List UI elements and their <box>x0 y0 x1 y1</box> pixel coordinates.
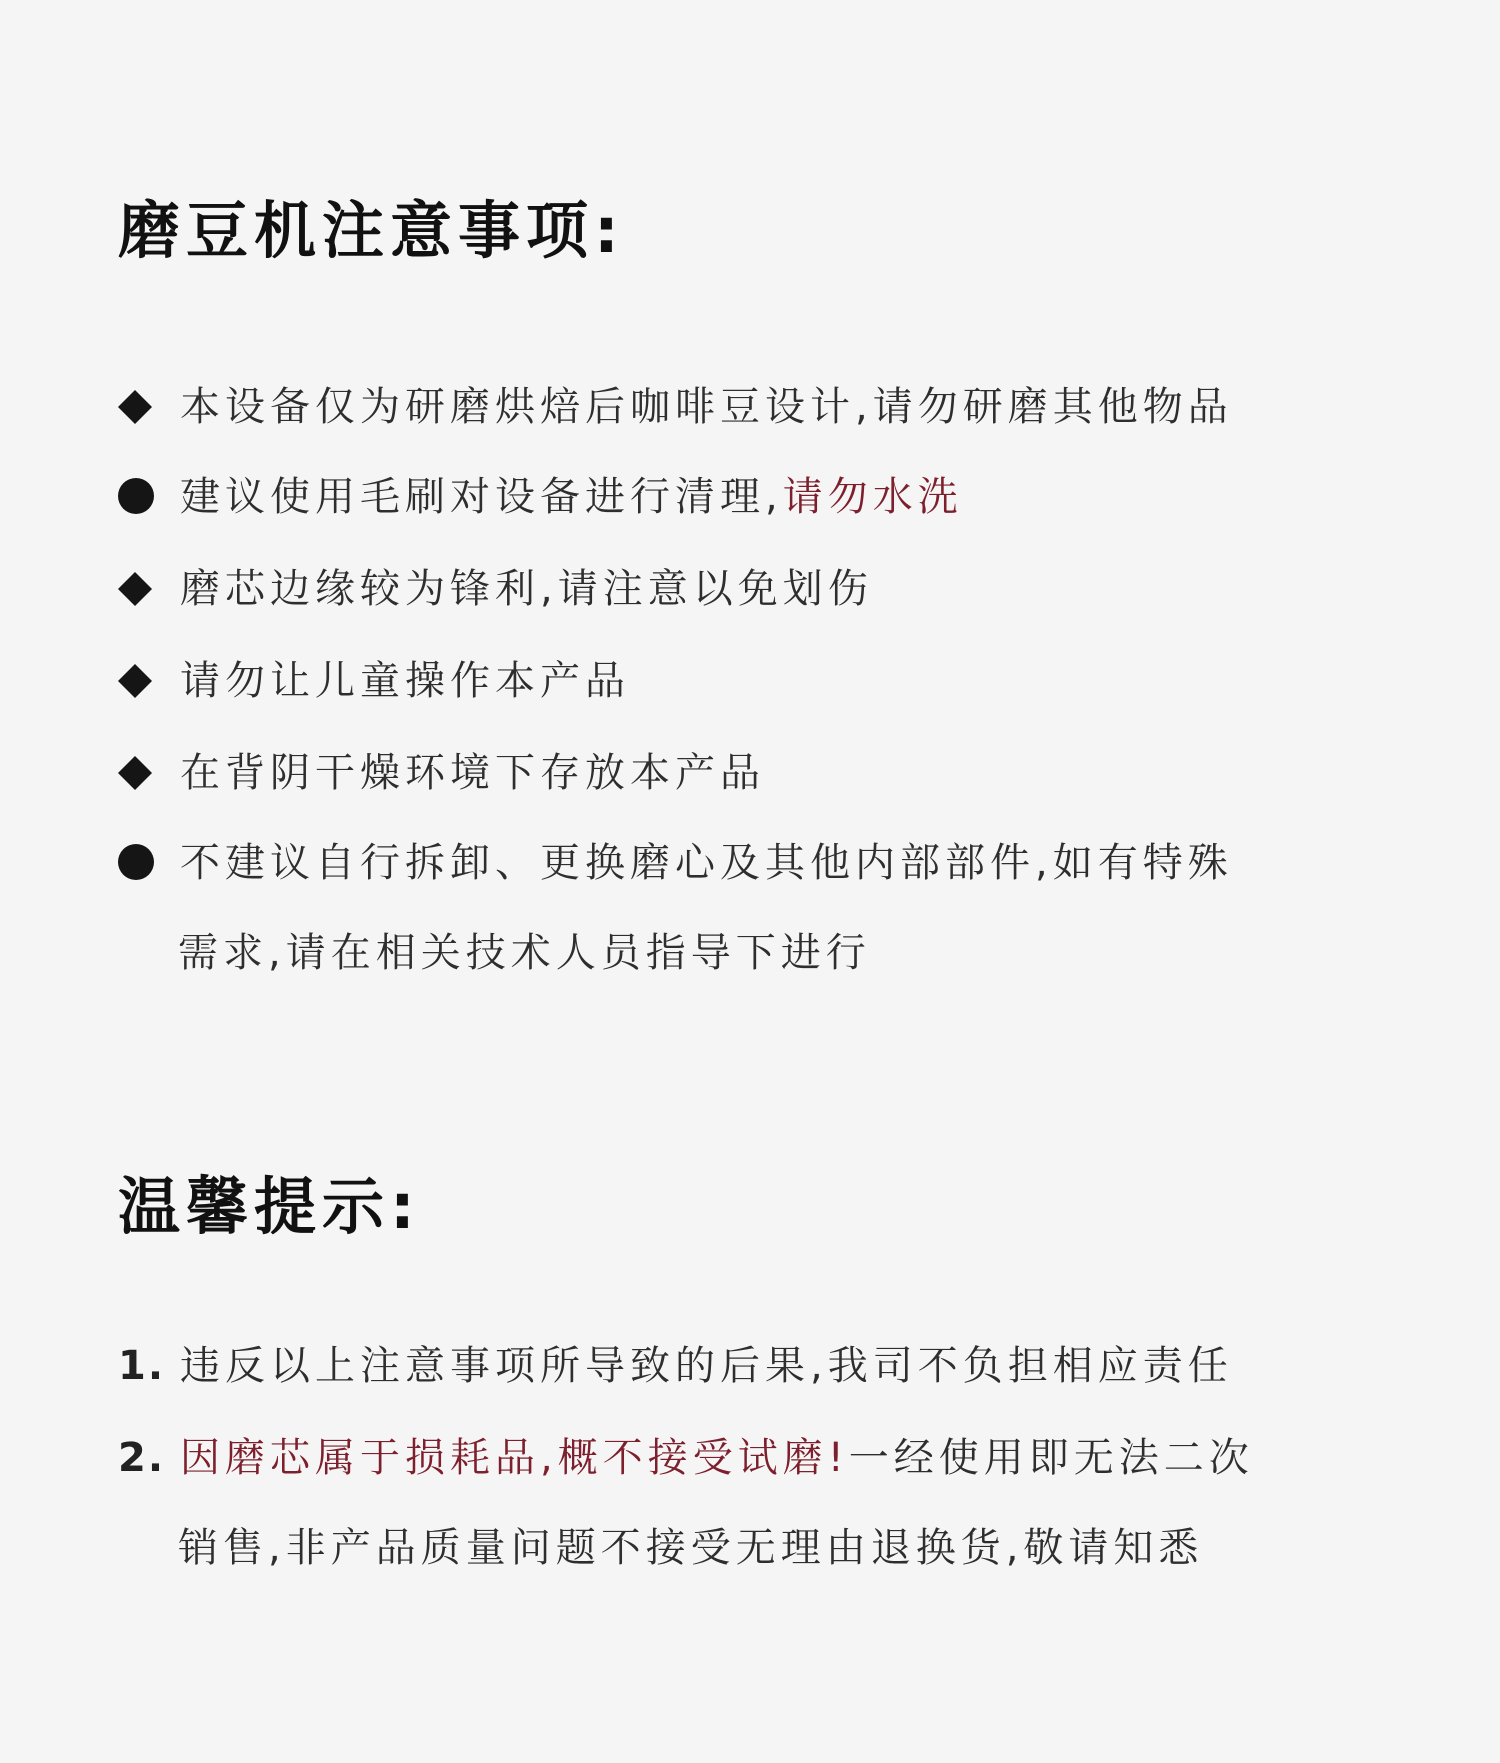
item-text: 在背阴干燥环境下存放本产品 <box>180 750 765 796</box>
item-highlight: 因磨芯属于损耗品,概不接受试磨! <box>180 1435 849 1481</box>
circle-bullet-icon <box>118 844 154 880</box>
list-item: 磨芯边缘较为锋利,请注意以免划伤 <box>118 569 873 609</box>
diamond-bullet-icon <box>118 753 180 793</box>
diamond-bullet-icon <box>118 661 180 701</box>
item-number: 2. <box>118 1438 180 1478</box>
list-item: 不建议自行拆卸、更换磨心及其他内部部件,如有特殊 <box>118 843 1233 883</box>
item-text: 不建议自行拆卸、更换磨心及其他内部部件,如有特殊 <box>180 840 1233 886</box>
item-text: 建议使用毛刷对设备进行清理, <box>180 474 783 520</box>
section-title-grinder-notes: 磨豆机注意事项: <box>118 200 625 262</box>
list-item: 请勿让儿童操作本产品 <box>118 661 630 701</box>
item-text: 本设备仅为研磨烘焙后咖啡豆设计,请勿研磨其他物品 <box>180 384 1233 430</box>
item-text: 请勿让儿童操作本产品 <box>180 658 630 704</box>
section-title-tips: 温馨提示: <box>118 1176 421 1238</box>
numbered-item: 2.因磨芯属于损耗品,概不接受试磨!一经使用即无法二次 <box>118 1438 1254 1478</box>
item-highlight: 请勿水洗 <box>783 474 963 520</box>
diamond-bullet-icon <box>118 387 180 427</box>
item-text: 违反以上注意事项所导致的后果,我司不负担相应责任 <box>180 1343 1233 1389</box>
list-item: 建议使用毛刷对设备进行清理,请勿水洗 <box>118 477 963 517</box>
item-text-continuation: 需求,请在相关技术人员指导下进行 <box>178 933 871 973</box>
numbered-item: 1.违反以上注意事项所导致的后果,我司不负担相应责任 <box>118 1346 1233 1386</box>
item-text: 一经使用即无法二次 <box>849 1435 1254 1481</box>
item-number: 1. <box>118 1346 180 1386</box>
item-text-continuation: 销售,非产品质量问题不接受无理由退换货,敬请知悉 <box>178 1528 1203 1568</box>
diamond-bullet-icon <box>118 569 180 609</box>
list-item: 本设备仅为研磨烘焙后咖啡豆设计,请勿研磨其他物品 <box>118 387 1233 427</box>
item-text: 磨芯边缘较为锋利,请注意以免划伤 <box>180 566 873 612</box>
list-item: 在背阴干燥环境下存放本产品 <box>118 753 765 793</box>
circle-bullet-icon <box>118 478 154 514</box>
